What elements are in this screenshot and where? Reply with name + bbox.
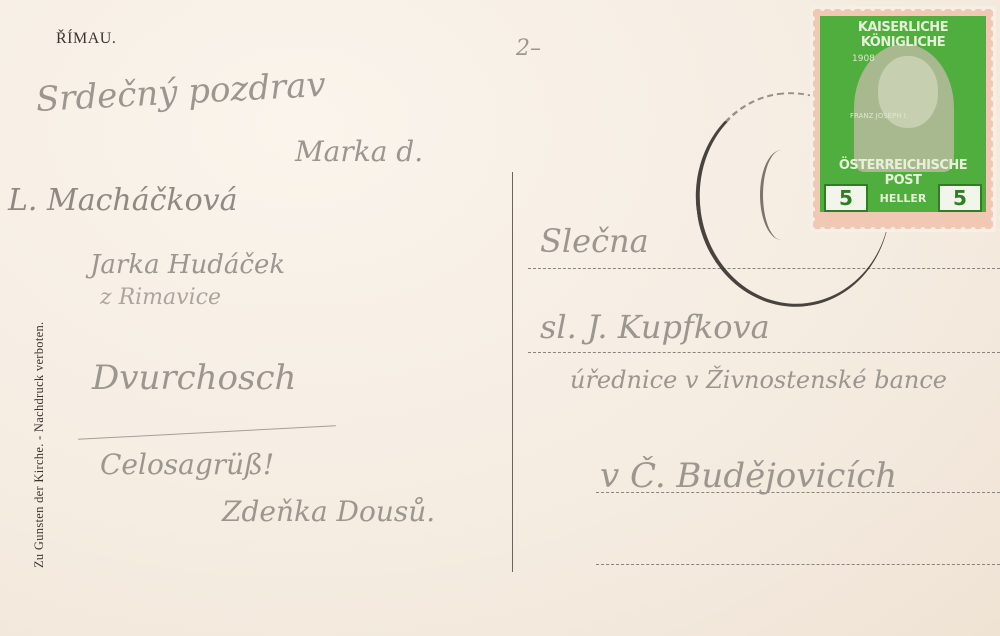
postage-stamp: KAISERLICHE KÖNIGLICHE 1908 FRANZ JOSEPH… (810, 6, 996, 232)
message-line: Srdečný pozdrav (35, 65, 327, 120)
postmark-inner-ring (760, 150, 803, 240)
message-line: Celosagrüß! (100, 448, 274, 481)
message-line: z Rimavice (100, 285, 221, 310)
stamp-year: 1908 (852, 54, 875, 64)
address-text: Slečna (540, 222, 649, 260)
address-text: úřednice v Živnostenské bance (570, 366, 947, 394)
place-title: ŘÍMAU. (56, 30, 116, 48)
message-line: Zdeňka Dousů. (222, 495, 435, 528)
address-text: v Č. Budějovicích (600, 456, 897, 496)
address-text: sl. J. Kupfkova (540, 308, 770, 346)
stamp-design: KAISERLICHE KÖNIGLICHE 1908 FRANZ JOSEPH… (820, 16, 986, 212)
signature-underline (78, 425, 336, 440)
message-line: Marka d. (295, 135, 423, 168)
corner-mark: 2– (516, 36, 541, 61)
stamp-name-text: FRANZ JOSEPH I. (850, 112, 908, 121)
address-line-4 (596, 564, 1000, 565)
stamp-top-text: KAISERLICHE KÖNIGLICHE (828, 20, 978, 50)
vertical-imprint: Zu Gunsten der Kirche. - Nachdruck verbo… (32, 322, 47, 568)
message-line: L. Macháčková (8, 183, 237, 218)
postcard-back: ŘÍMAU. Zu Gunsten der Kirche. - Nachdruc… (0, 0, 1000, 636)
stamp-value-right: 5 (938, 184, 982, 212)
center-divider (512, 172, 513, 572)
stamp-currency: HELLER (872, 192, 934, 205)
address-line-2 (528, 352, 1000, 353)
message-line: Dvurchosch (92, 358, 296, 398)
message-line: Jarka Hudáček (90, 250, 285, 280)
stamp-value-left: 5 (824, 184, 868, 212)
